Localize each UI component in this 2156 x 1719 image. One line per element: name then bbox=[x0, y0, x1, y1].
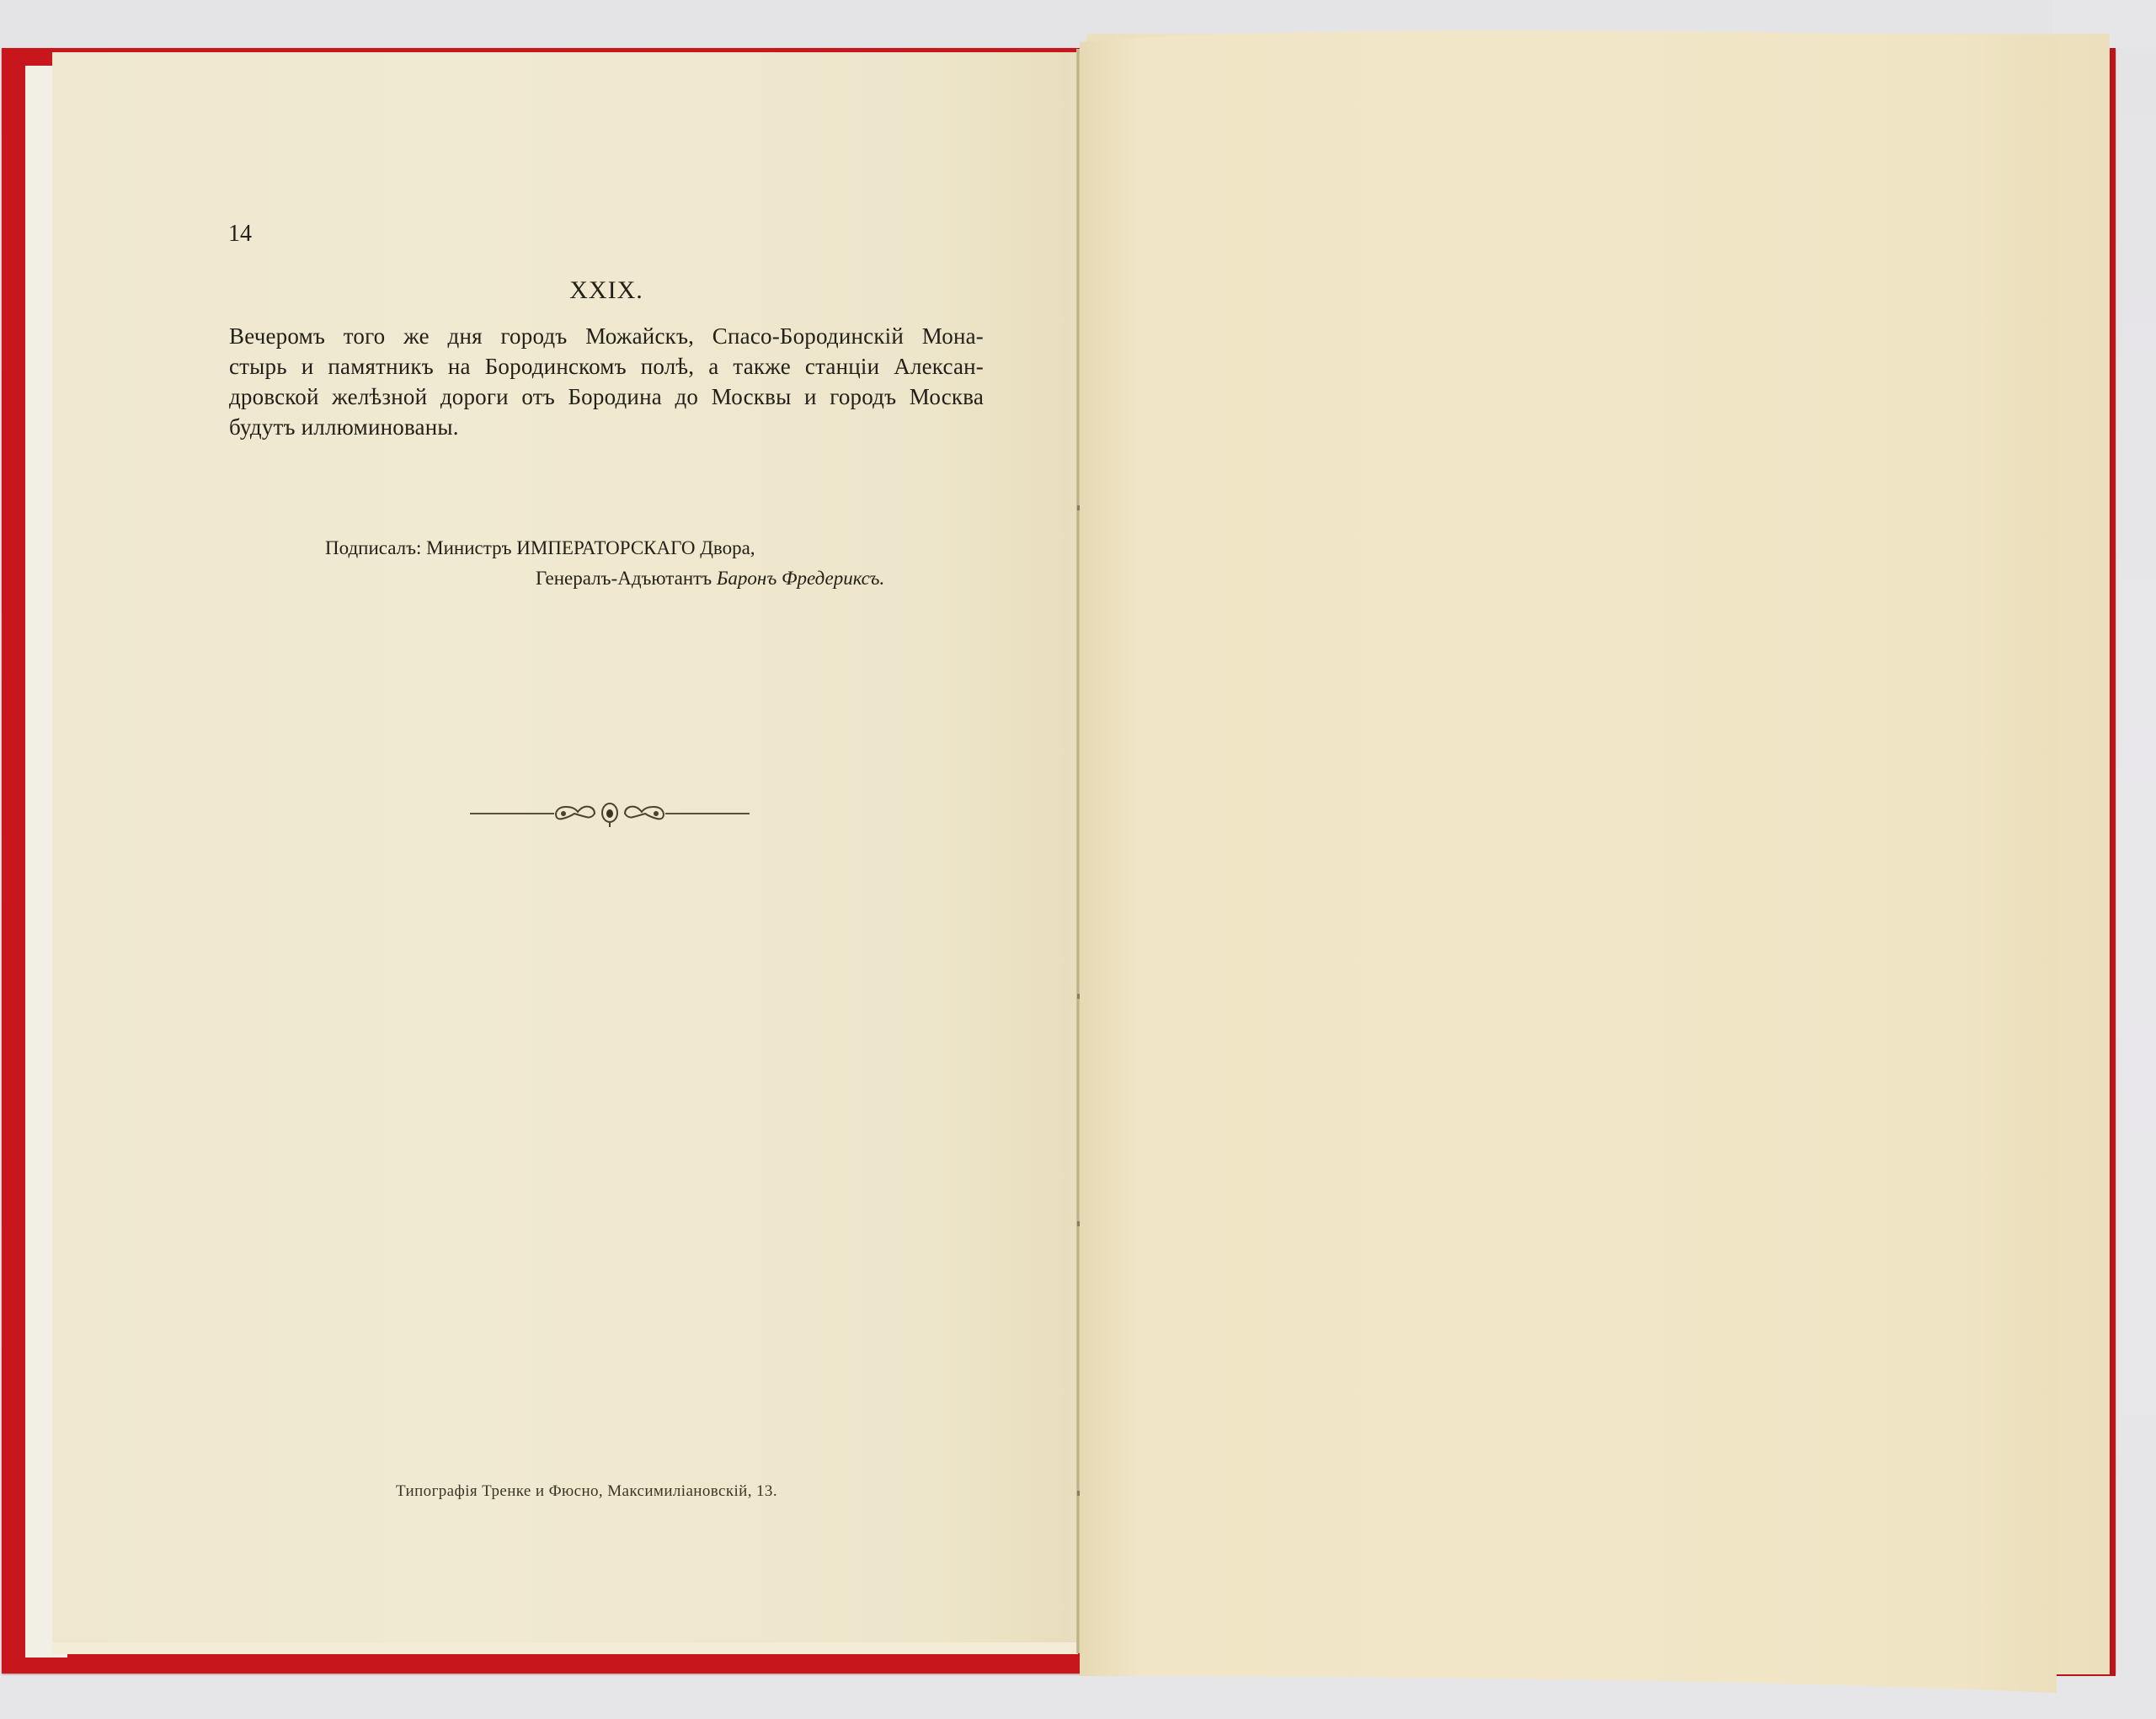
body-text-line: дровской желѣзной дороги отъ Бородина до… bbox=[229, 384, 984, 410]
book-photo: { "left_page": { "page_number": "14", "s… bbox=[0, 0, 2156, 1719]
gutter-stitch bbox=[1077, 994, 1080, 999]
signature-name: Баронъ Фредериксъ. bbox=[717, 568, 884, 589]
gutter-stitch bbox=[1077, 505, 1080, 510]
body-text-line: будутъ иллюминованы. bbox=[229, 414, 984, 440]
signature-line-2: Генералъ-Адъютантъ Баронъ Фредериксъ. bbox=[536, 568, 884, 590]
section-title: XXIX. bbox=[0, 276, 1213, 305]
body-text-line: Вечеромъ того же дня городъ Можайскъ, Сп… bbox=[229, 323, 984, 350]
gutter-stitch bbox=[1077, 1221, 1080, 1226]
signature-title: Генералъ-Адъютантъ bbox=[536, 568, 712, 589]
ornament-divider-icon bbox=[468, 798, 751, 829]
body-text-line: стырь и памятникъ на Бородинскомъ полѣ, … bbox=[229, 354, 984, 380]
printer-imprint: Типографія Тренке и Фюсно, Максимиліанов… bbox=[396, 1482, 777, 1501]
right-page bbox=[1080, 25, 2057, 1693]
signature-line-1: Подписалъ: Министръ ИМПЕРАТОРСКАГО Двора… bbox=[325, 537, 755, 559]
page-number: 14 bbox=[228, 221, 252, 248]
gutter-stitch bbox=[1077, 1491, 1080, 1496]
left-page-bottom-edge bbox=[52, 1642, 1078, 1654]
